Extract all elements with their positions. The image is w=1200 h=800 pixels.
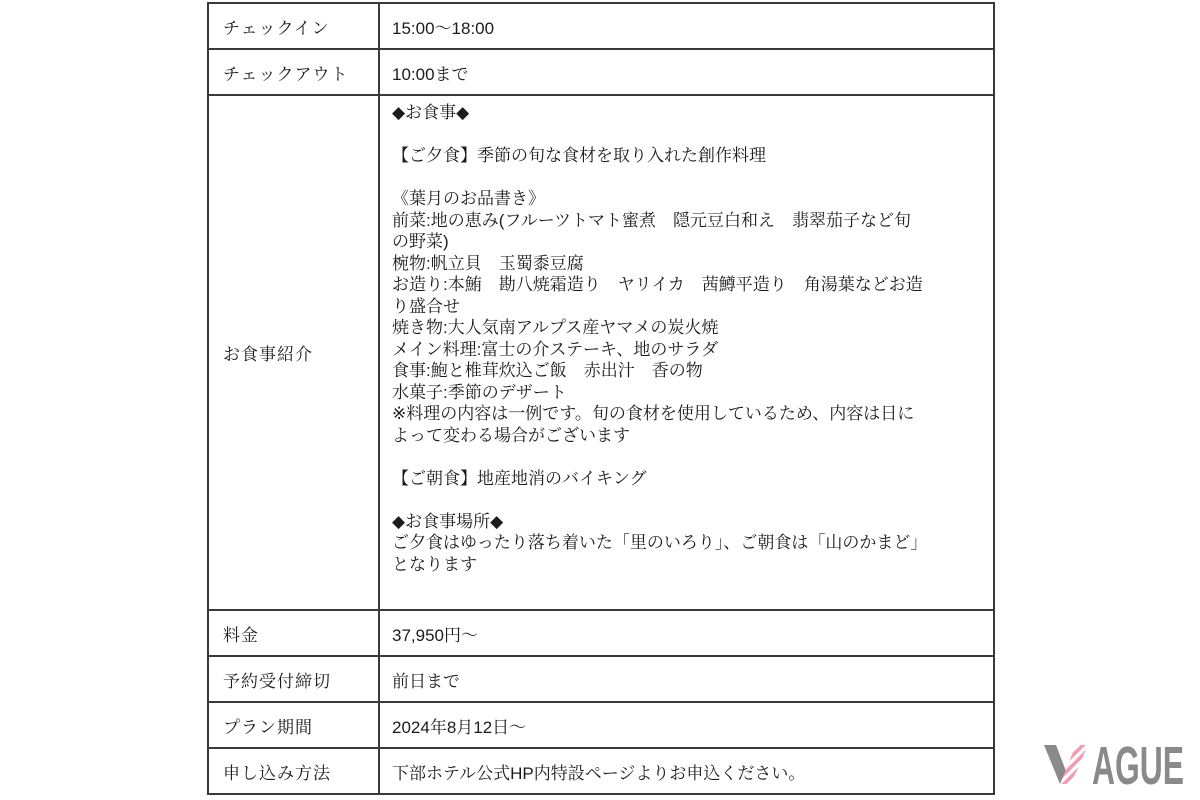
row-label-checkout: チェックアウト [208,49,379,95]
row-value-price: 37,950円〜 [379,610,994,656]
row-value-checkout: 10:00まで [379,49,994,95]
row-label-reservation-deadline: 予約受付締切 [208,656,379,702]
row-label-meal-info: お食事紹介 [208,95,379,610]
row-value-reservation-deadline: 前日まで [379,656,994,702]
table-row-application-method: 申し込み方法 下部ホテル公式HP内特設ページよりお申込ください。 [208,748,994,794]
table-row-checkout: チェックアウト 10:00まで [208,49,994,95]
row-value-meal-info: ◆お食事◆ 【ご夕食】季節の旬な食材を取り入れた創作料理 《葉月のお品書き》 前… [379,95,994,610]
vague-logo-text: AGUE [1092,742,1184,786]
table-row-price: 料金 37,950円〜 [208,610,994,656]
row-label-application-method: 申し込み方法 [208,748,379,794]
vague-watermark-logo: AGUE [1044,742,1186,791]
table-row-plan-period: プラン期間 2024年8月12日〜 [208,702,994,748]
row-label-plan-period: プラン期間 [208,702,379,748]
page-background: チェックイン 15:00〜18:00 チェックアウト 10:00まで お食事紹介… [0,0,1200,800]
table-row-reservation-deadline: 予約受付締切 前日まで [208,656,994,702]
row-value-plan-period: 2024年8月12日〜 [379,702,994,748]
row-value-application-method: 下部ホテル公式HP内特設ページよりお申込ください。 [379,748,994,794]
table-row-meal-info: お食事紹介 ◆お食事◆ 【ご夕食】季節の旬な食材を取り入れた創作料理 《葉月のお… [208,95,994,610]
row-value-checkin: 15:00〜18:00 [379,3,994,49]
vague-v-right-stroke-pink-stripe [1060,745,1088,784]
table-row-checkin: チェックイン 15:00〜18:00 [208,3,994,49]
plan-detail-table: チェックイン 15:00〜18:00 チェックアウト 10:00まで お食事紹介… [207,2,995,795]
row-label-checkin: チェックイン [208,3,379,49]
vague-logo-image: AGUE [1044,742,1186,786]
row-label-price: 料金 [208,610,379,656]
